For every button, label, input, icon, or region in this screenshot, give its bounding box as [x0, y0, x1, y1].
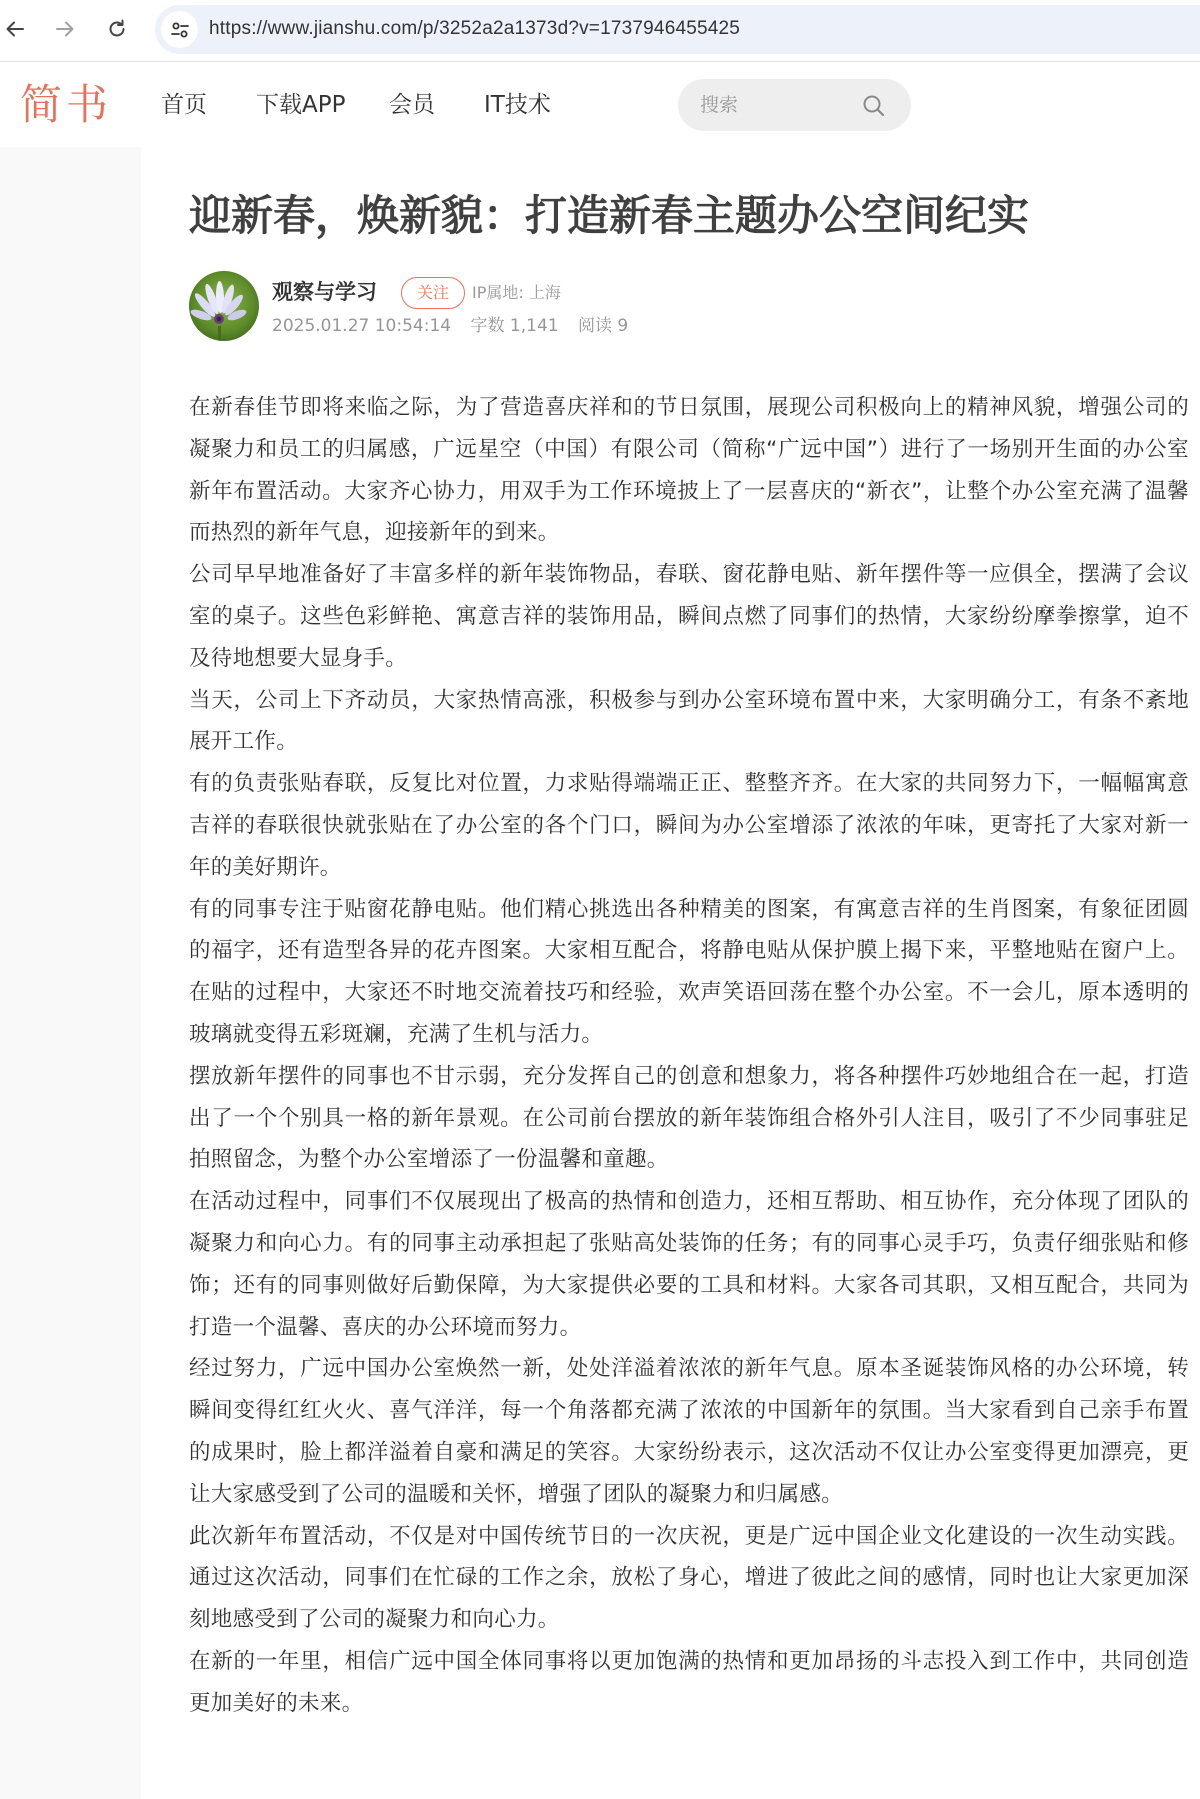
site-header: 简书 首页 下载APP 会员 IT技术: [0, 63, 1200, 147]
browser-toolbar: https://www.jianshu.com/p/3252a2a1373d?v…: [0, 0, 1200, 62]
paragraph: 经过努力，广远中国办公室焕然一新，处处洋溢着浓浓的新年气息。原本圣诞装饰风格的办…: [189, 1348, 1189, 1515]
address-bar[interactable]: https://www.jianshu.com/p/3252a2a1373d?v…: [155, 5, 1200, 54]
forward-button[interactable]: [50, 14, 80, 44]
search-box: [678, 79, 911, 131]
tune-icon: [170, 20, 190, 40]
paragraph: 在活动过程中，同事们不仅展现出了极高的热情和创造力，还相互帮助、相互协作，充分体…: [189, 1181, 1189, 1348]
nav-membership[interactable]: 会员: [389, 89, 435, 121]
paragraph: 在新春佳节即将来临之际，为了营造喜庆祥和的节日氛围，展现公司积极向上的精神风貌，…: [189, 387, 1189, 554]
follow-button[interactable]: 关注: [401, 277, 465, 309]
search-input[interactable]: [700, 91, 850, 119]
nav-home[interactable]: 首页: [161, 89, 207, 121]
article-title: 迎新春，焕新貌：打造新春主题办公空间纪实: [189, 187, 1189, 245]
ip-location: IP属地: 上海: [472, 283, 561, 303]
site-logo[interactable]: 简书: [20, 77, 112, 133]
reload-icon: [106, 18, 128, 40]
arrow-right-icon: [54, 18, 76, 40]
paragraph: 当天，公司上下齐动员，大家热情高涨，积极参与到办公室环境布置中来，大家明确分工，…: [189, 680, 1189, 764]
url-text[interactable]: https://www.jianshu.com/p/3252a2a1373d?v…: [209, 18, 740, 40]
nav-download-app[interactable]: 下载APP: [256, 89, 345, 121]
article-meta: 2025.01.27 10:54:14 字数 1,141 阅读 9: [272, 315, 642, 337]
paragraph: 有的同事专注于贴窗花静电贴。他们精心挑选出各种精美的图案，有寓意吉祥的生肖图案，…: [189, 889, 1189, 1056]
paragraph: 在新的一年里，相信广远中国全体同事将以更加饱满的热情和更加昂扬的斗志投入到工作中…: [189, 1641, 1189, 1725]
article-body: 在新春佳节即将来临之际，为了营造喜庆祥和的节日氛围，展现公司积极向上的精神风貌，…: [189, 387, 1189, 1725]
site-info-button[interactable]: [161, 11, 198, 48]
paragraph: 此次新年布置活动，不仅是对中国传统节日的一次庆祝，更是广远中国企业文化建设的一次…: [189, 1516, 1189, 1641]
author-name[interactable]: 观察与学习: [272, 278, 377, 306]
avatar[interactable]: [189, 271, 259, 341]
article-panel: 迎新春，焕新貌：打造新春主题办公空间纪实: [141, 147, 1200, 1799]
word-count: 字数 1,141: [471, 316, 559, 336]
nav-it-tech[interactable]: IT技术: [484, 89, 551, 121]
paragraph: 摆放新年摆件的同事也不甘示弱，充分发挥自己的创意和想象力，将各种摆件巧妙地组合在…: [189, 1056, 1189, 1181]
flower-avatar-icon: [189, 271, 259, 341]
publish-datetime: 2025.01.27 10:54:14: [272, 316, 451, 336]
paragraph: 有的负责张贴春联，反复比对位置，力求贴得端端正正、整整齐齐。在大家的共同努力下，…: [189, 763, 1189, 888]
search-icon[interactable]: [861, 93, 887, 119]
reload-button[interactable]: [102, 14, 132, 44]
read-count: 阅读 9: [578, 316, 628, 336]
left-gutter: [0, 147, 141, 1799]
author-block: 观察与学习 关注 IP属地: 上海 2025.01.27 10:54:14 字数…: [189, 271, 889, 343]
paragraph: 公司早早地准备好了丰富多样的新年装饰物品，春联、窗花静电贴、新年摆件等一应俱全，…: [189, 554, 1189, 679]
arrow-left-icon: [4, 18, 26, 40]
back-button[interactable]: [0, 14, 30, 44]
